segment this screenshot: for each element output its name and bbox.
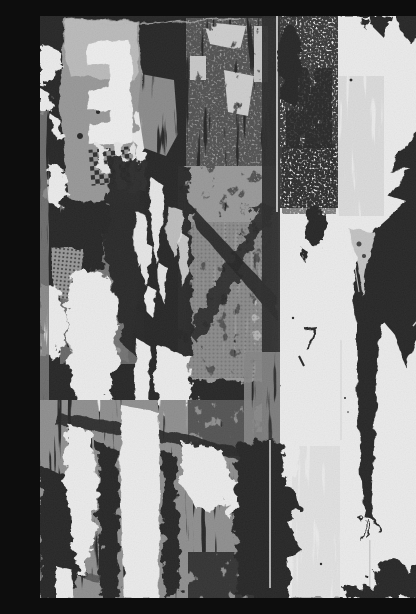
film-grain-overlay: [40, 16, 416, 598]
torn-posters-canvas: [40, 16, 416, 598]
torn-posters-photo: Black and white photograph of torn, laye…: [40, 16, 416, 598]
